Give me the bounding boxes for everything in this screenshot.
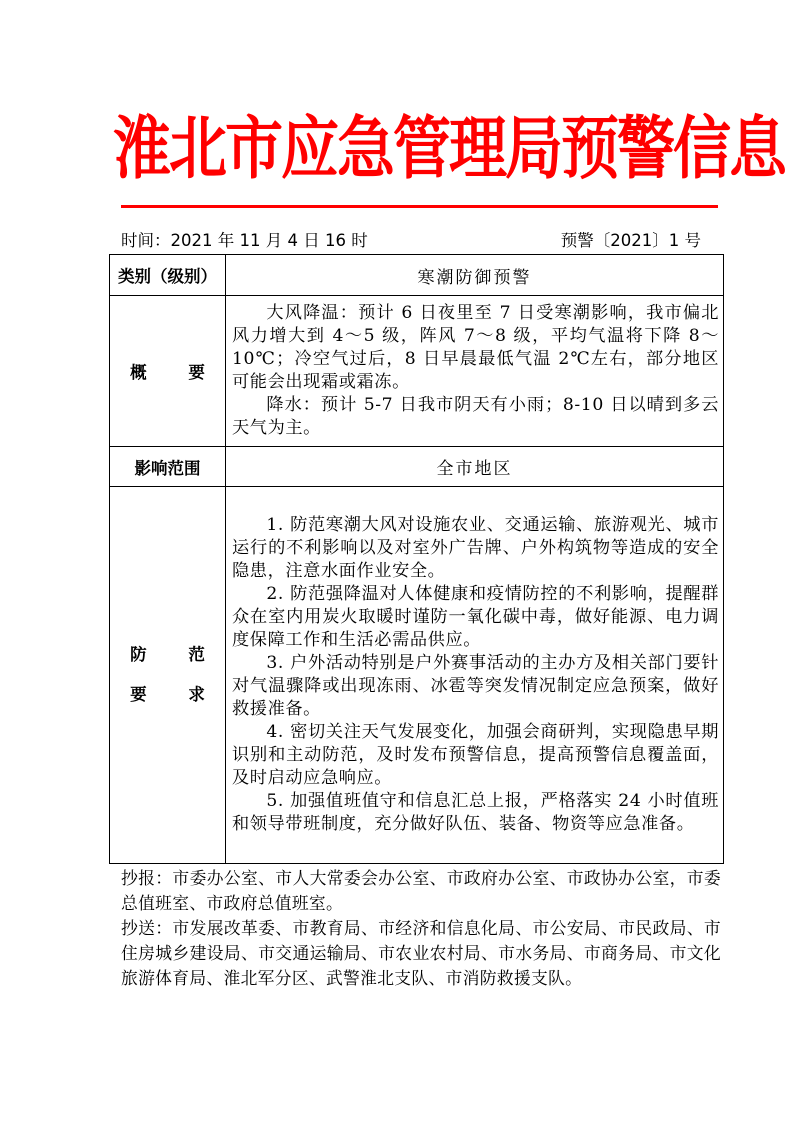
requirement-item-3: 3. 户外活动特别是户外赛事活动的主办方及相关部门要针对气温骤降或出现冻雨、冰雹… — [232, 652, 719, 721]
report-to-list: 抄报：市委办公室、市人大常委会办公室、市政府办公室、市政协办公室，市委总值班室、… — [121, 866, 721, 916]
distribution-footer: 抄报：市委办公室、市人大常委会办公室、市政府办公室、市政协办公室，市委总值班室、… — [121, 866, 721, 991]
requirements-content: 1. 防范寒潮大风对设施农业、交通运输、旅游观光、城市运行的不利影响以及对室外广… — [226, 487, 724, 864]
summary-paragraph-precipitation: 降水：预计 5-7 日我市阴天有小雨；8-10 日以晴到多云天气为主。 — [232, 394, 719, 440]
requirements-label: 防 范 要 求 — [110, 487, 226, 864]
copy-to-list: 抄送：市发展改革委、市教育局、市经济和信息化局、市公安局、市民政局、市住房城乡建… — [121, 916, 721, 991]
table-row-summary: 概 要 大风降温：预计 6 日夜里至 7 日受寒潮影响，我市偏北风力增大到 4～… — [110, 296, 724, 447]
table-row-category: 类别（级别） 寒潮防御预警 — [110, 255, 724, 296]
summary-label: 概 要 — [110, 296, 226, 447]
summary-paragraph-wind: 大风降温：预计 6 日夜里至 7 日受寒潮影响，我市偏北风力增大到 4～5 级，… — [232, 302, 719, 394]
requirement-item-5: 5. 加强值班值守和信息汇总上报，严格落实 24 小时值班和领导带班制度，充分做… — [232, 790, 719, 836]
requirement-item-4: 4. 密切关注天气发展变化，加强会商研判，实现隐患早期识别和主动防范，及时发布预… — [232, 721, 719, 790]
document-number: 预警〔2021〕1 号 — [561, 230, 701, 252]
issue-time: 时间：2021 年 11 月 4 日 16 时 — [121, 230, 368, 252]
document-title: 淮北市应急管理局预警信息 — [113, 100, 718, 197]
requirement-item-1: 1. 防范寒潮大风对设施农业、交通运输、旅游观光、城市运行的不利影响以及对室外广… — [232, 514, 719, 583]
requirement-item-2: 2. 防范强降温对人体健康和疫情防控的不利影响，提醒群众在室内用炭火取暖时谨防一… — [232, 583, 719, 652]
table-row-requirements: 防 范 要 求 1. 防范寒潮大风对设施农业、交通运输、旅游观光、城市运行的不利… — [110, 487, 724, 864]
summary-content: 大风降温：预计 6 日夜里至 7 日受寒潮影响，我市偏北风力增大到 4～5 级，… — [226, 296, 724, 447]
scope-value: 全市地区 — [226, 447, 724, 487]
title-divider — [121, 205, 718, 208]
scope-label: 影响范围 — [110, 447, 226, 487]
table-row-scope: 影响范围 全市地区 — [110, 447, 724, 487]
category-label: 类别（级别） — [110, 255, 226, 296]
warning-info-table: 类别（级别） 寒潮防御预警 概 要 大风降温：预计 6 日夜里至 7 日受寒潮影… — [109, 254, 724, 864]
category-value: 寒潮防御预警 — [226, 255, 724, 296]
